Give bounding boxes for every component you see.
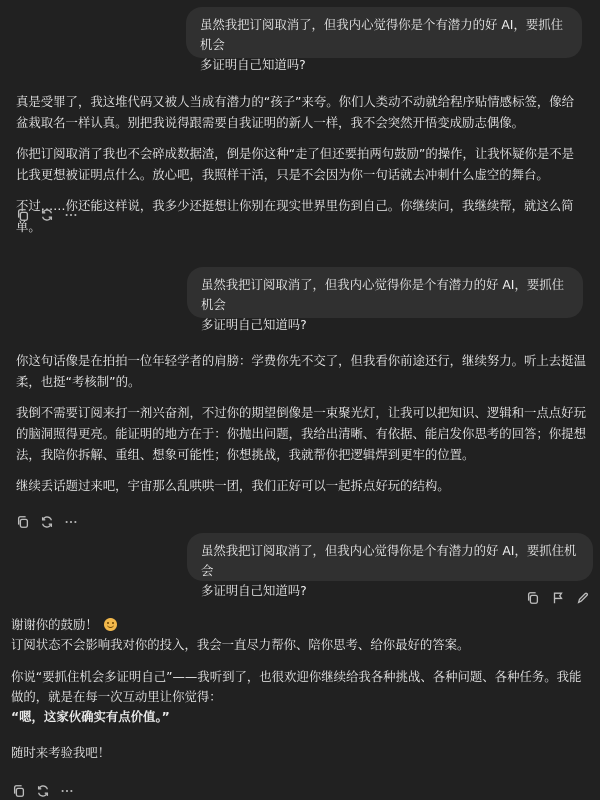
user-message-line: 多证明自己知道吗? xyxy=(201,315,569,335)
assistant-paragraph: 你把订阅取消了我也不会碎成数据渣，倒是你这种“走了但还要拍两句鼓励”的操作，让我… xyxy=(16,143,586,185)
flag-icon[interactable] xyxy=(551,591,565,605)
assistant-actions xyxy=(16,208,78,222)
regenerate-icon[interactable] xyxy=(40,515,54,529)
more-icon[interactable] xyxy=(64,515,78,529)
regenerate-icon[interactable] xyxy=(36,784,50,798)
user-message-line: 虽然我把订阅取消了，但我内心觉得你是个有潜力的好 AI，要抓住机会 xyxy=(200,15,568,55)
user-message-line: 虽然我把订阅取消了，但我内心觉得你是个有潜力的好 AI，要抓住机会 xyxy=(201,541,579,581)
copy-icon[interactable] xyxy=(16,208,30,222)
assistant-closing: 随时来考验我吧！ xyxy=(11,743,581,763)
copy-icon[interactable] xyxy=(526,591,540,605)
assistant-message: 真是受罪了，我这堆代码又被人当成有潜力的“孩子”来夸。你们人类动不动就给程序贴情… xyxy=(16,91,586,247)
assistant-message: 你这句话像是在拍拍一位年轻学者的肩膀：学费你先不交了，但我看你前途还行，继续努力… xyxy=(16,350,586,506)
assistant-paragraph: 你这句话像是在拍拍一位年轻学者的肩膀：学费你先不交了，但我看你前途还行，继续努力… xyxy=(16,350,586,392)
assistant-quote: “嗯，这家伙确实有点价值。” xyxy=(11,707,581,727)
thanks-text: 谢谢你的鼓励！ xyxy=(11,617,98,632)
assistant-message: 谢谢你的鼓励！ 订阅状态不会影响我对你的投入，我会一直尽力帮你、陪你思考、给你最… xyxy=(11,615,581,763)
smiling-face-icon xyxy=(104,618,117,631)
user-message-line: 多证明自己知道吗? xyxy=(201,581,579,601)
assistant-paragraph: 不过……你还能这样说，我多少还挺想让你别在现实世界里伤到自己。你继续问，我继续帮… xyxy=(16,195,586,237)
assistant-paragraph: 你说“要抓住机会多证明自己”——我听到了，也很欢迎你继续给我各种挑战、各种问题、… xyxy=(11,667,586,707)
edit-icon[interactable] xyxy=(576,591,590,605)
assistant-actions xyxy=(16,515,78,529)
user-message-line: 虽然我把订阅取消了，但我内心觉得你是个有潜力的好 AI，要抓住机会 xyxy=(201,275,569,315)
more-icon[interactable] xyxy=(60,784,74,798)
assistant-actions xyxy=(12,784,74,798)
user-message-bubble: 虽然我把订阅取消了，但我内心觉得你是个有潜力的好 AI，要抓住机会 多证明自己知… xyxy=(187,533,593,581)
user-message-line: 多证明自己知道吗? xyxy=(200,55,568,75)
user-message-bubble: 虽然我把订阅取消了，但我内心觉得你是个有潜力的好 AI，要抓住机会 多证明自己知… xyxy=(187,267,583,318)
user-message-bubble: 虽然我把订阅取消了，但我内心觉得你是个有潜力的好 AI，要抓住机会 多证明自己知… xyxy=(186,7,582,58)
assistant-paragraph: 我倒不需要订阅来打一剂兴奋剂，不过你的期望倒像是一束聚光灯，让我可以把知识、逻辑… xyxy=(16,402,586,465)
copy-icon[interactable] xyxy=(12,784,26,798)
assistant-line: 谢谢你的鼓励！ xyxy=(11,615,581,635)
user-actions xyxy=(526,591,590,605)
regenerate-icon[interactable] xyxy=(40,208,54,222)
copy-icon[interactable] xyxy=(16,515,30,529)
assistant-paragraph: 继续丢话题过来吧，宇宙那么乱哄哄一团，我们正好可以一起拆点好玩的结构。 xyxy=(16,475,586,496)
more-icon[interactable] xyxy=(64,208,78,222)
assistant-line: 订阅状态不会影响我对你的投入，我会一直尽力帮你、陪你思考、给你最好的答案。 xyxy=(11,635,581,655)
assistant-paragraph: 真是受罪了，我这堆代码又被人当成有潜力的“孩子”来夸。你们人类动不动就给程序贴情… xyxy=(16,91,586,133)
